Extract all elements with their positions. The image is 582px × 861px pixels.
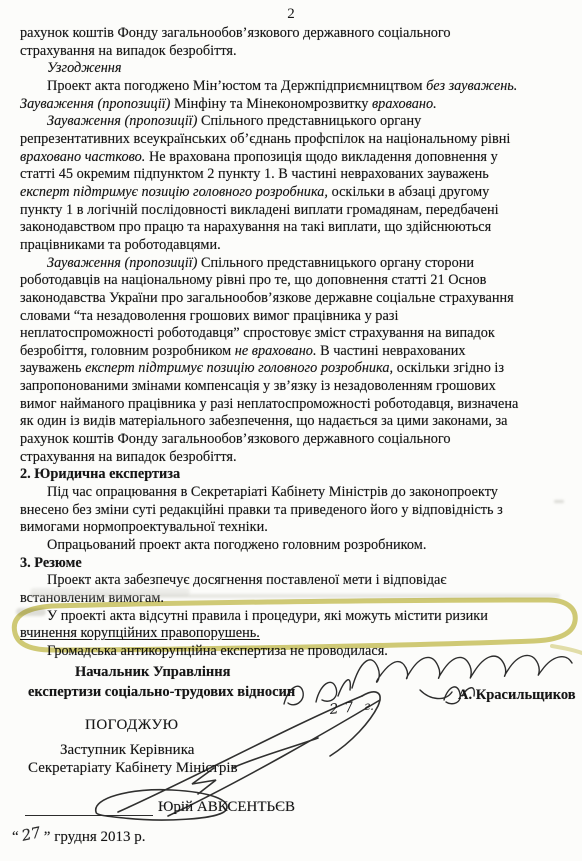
text-line: внесено без зміни суті редакційні правки… <box>20 502 556 520</box>
text-segment: рахунок коштів Фонду загальнообов’язково… <box>20 431 451 447</box>
text-line: рахунок коштів Фонду загальнообов’язково… <box>20 25 556 43</box>
date-close-quote: ” <box>44 829 51 845</box>
head-name: А. Красильщиков <box>458 687 576 704</box>
text-segment: Мінфіну та Мінекономрозвитку <box>174 96 372 112</box>
deputy-name: Юрій АВКСЕНТЬЄВ <box>158 799 295 816</box>
text-line: роботодавців на національному рівні про … <box>20 272 556 290</box>
text-line: Узгодження <box>20 60 556 78</box>
text-line: Зауваження (пропозиції) Спільного предст… <box>20 255 556 273</box>
text-segment: вчинення корупційних правопорушень. <box>20 625 260 641</box>
text-line: репрезентативних всеукраїнських об’єднан… <box>20 131 556 149</box>
text-segment: оскільки в абзаці другому <box>332 184 490 200</box>
text-segment: Узгодження <box>47 60 122 76</box>
deputy-title-line2: Секретаріату Кабінету Міністрів <box>28 760 238 777</box>
text-line: експерт підтримує позицію головного розр… <box>20 184 556 202</box>
page-number: 2 <box>0 6 582 23</box>
text-line: враховано частково. Не врахована пропози… <box>20 149 556 167</box>
approve-label: ПОГОДЖУЮ <box>85 717 179 734</box>
text-line: У проекті акта відсутні правила і процед… <box>20 608 556 626</box>
text-segment: В частині неврахованих <box>320 343 465 359</box>
text-segment: страхування на випадок безробіття. <box>20 449 237 465</box>
text-segment: Під час опрацювання в Секретаріаті Кабін… <box>47 484 498 500</box>
text-line: запропонованими змінами компенсація у зв… <box>20 378 556 396</box>
signature-line <box>25 815 153 816</box>
text-segment: законодавства України про загальнообов’я… <box>20 290 514 306</box>
text-line: законодавством про працю та нарахування … <box>20 219 556 237</box>
text-line: вимог найманого працівника у разі неплат… <box>20 396 556 414</box>
text-segment: зауважень <box>20 360 85 376</box>
scan-smudge <box>16 608 46 616</box>
text-segment: Не врахована пропозиція щодо викладення … <box>149 149 498 165</box>
text-line: страхування на випадок безробіття. <box>20 449 556 467</box>
text-segment: Спільного представницького органу сторон… <box>201 255 474 271</box>
text-line: як один із видів матеріального забезпече… <box>20 413 556 431</box>
date-open-quote: “ <box>12 829 19 845</box>
text-segment: враховано. <box>372 96 437 112</box>
text-line: пункту 1 в логічній послідовності виклад… <box>20 202 556 220</box>
text-line: безробіття, головним розробником не врах… <box>20 343 556 361</box>
text-segment: законодавством про працю та нарахування … <box>20 219 491 235</box>
text-segment: внесено без зміни суті редакційні правки… <box>20 502 503 518</box>
text-line: 2. Юридична експертиза <box>20 466 556 484</box>
scan-smudge <box>30 588 190 596</box>
text-line: вчинення корупційних правопорушень. <box>20 625 556 643</box>
text-segment: вимог найманого працівника у разі неплат… <box>20 396 518 412</box>
text-line: зауважень експерт підтримує позицію голо… <box>20 360 556 378</box>
text-segment: Спільного представницького органу <box>201 113 421 129</box>
text-segment: Проект акта погоджено Мін’юстом та Держп… <box>47 78 426 94</box>
text-line: Громадська антикорупційна експертиза не … <box>20 643 556 661</box>
text-line: рахунок коштів Фонду загальнообов’язково… <box>20 431 556 449</box>
handwritten-day: 27 <box>20 823 42 845</box>
text-segment: без зауважень. <box>426 78 517 94</box>
text-line: словами “та незадоволення грошових вимог… <box>20 308 556 326</box>
text-segment: словами “та незадоволення грошових вимог… <box>20 308 398 324</box>
text-segment: як один із видів матеріального забезпече… <box>20 413 507 429</box>
text-segment: Проект акта забезпечує досягнення постав… <box>47 572 446 588</box>
text-line: Зауваження (пропозиції) Мінфіну та Мінек… <box>20 96 556 114</box>
text-segment: неплатоспроможності роботодавця” спросто… <box>20 325 495 341</box>
text-segment: Зауваження (пропозиції) <box>47 255 201 271</box>
text-segment: Зауваження (пропозиції) <box>47 113 201 129</box>
text-line: статті 45 окремим підпунктом 2 пункту 1.… <box>20 166 556 184</box>
text-segment: безробіття, головним розробником <box>20 343 235 359</box>
text-segment: роботодавців на національному рівні про … <box>20 272 486 288</box>
text-segment: страхування на випадок безробіття. <box>20 43 237 59</box>
text-segment: рахунок коштів Фонду загальнообов’язково… <box>20 25 451 41</box>
text-line: Під час опрацювання в Секретаріаті Кабін… <box>20 484 556 502</box>
text-segment: працівниками та роботодавцями. <box>20 237 221 253</box>
text-segment: 3. Резюме <box>20 555 82 571</box>
text-line: законодавства України про загальнообов’я… <box>20 290 556 308</box>
text-line: вимогами нормопроектувальної техніки. <box>20 519 556 537</box>
date-text: грудня 2013 р. <box>54 829 145 845</box>
date-line: “27” грудня 2013 р. <box>12 827 146 846</box>
text-segment: експерт підтримує позицію головного розр… <box>20 184 332 200</box>
head-title-line1: Начальник Управління <box>75 664 230 681</box>
text-line: неплатоспроможності роботодавця” спросто… <box>20 325 556 343</box>
text-segment: репрезентативних всеукраїнських об’єднан… <box>20 131 510 147</box>
text-segment: статті 45 окремим підпунктом 2 пункту 1.… <box>20 166 489 182</box>
text-line: Зауваження (пропозиції) Спільного предст… <box>20 113 556 131</box>
text-segment: 2. Юридична експертиза <box>20 466 180 482</box>
document-body: рахунок коштів Фонду загальнообов’язково… <box>20 25 556 661</box>
handwritten-sig-mark: г. <box>364 699 374 713</box>
text-segment: Громадська антикорупційна експертиза не … <box>47 643 388 659</box>
text-segment: не враховано. <box>235 343 320 359</box>
text-line: Проект акта погоджено Мін’юстом та Держп… <box>20 78 556 96</box>
text-line: працівниками та роботодавцями. <box>20 237 556 255</box>
text-segment: У проекті акта відсутні правила і процед… <box>47 608 488 624</box>
text-segment: вимогами нормопроектувальної техніки. <box>20 519 268 535</box>
text-segment: Зауваження (пропозиції) <box>20 96 174 112</box>
text-segment: оскільки згідно із <box>397 360 504 376</box>
handwritten-sig-day: 27 <box>328 699 360 718</box>
text-line: Опрацьований проект акта погоджено голов… <box>20 537 556 555</box>
text-segment: пункту 1 в логічній послідовності виклад… <box>20 202 499 218</box>
head-title-line2: експертизи соціально-трудових відносин <box>28 684 295 701</box>
text-segment: запропонованими змінами компенсація у зв… <box>20 378 496 394</box>
text-segment: враховано частково. <box>20 149 149 165</box>
text-line: 3. Резюме <box>20 555 556 573</box>
text-segment: Опрацьований проект акта погоджено голов… <box>47 537 426 553</box>
document-page: 2 рахунок коштів Фонду загальнообов’язко… <box>0 0 582 861</box>
text-line: страхування на випадок безробіття. <box>20 43 556 61</box>
scan-smudge <box>554 500 564 503</box>
deputy-title-line1: Заступник Керівника <box>60 742 194 759</box>
text-segment: експерт підтримує позицію головного розр… <box>85 360 397 376</box>
